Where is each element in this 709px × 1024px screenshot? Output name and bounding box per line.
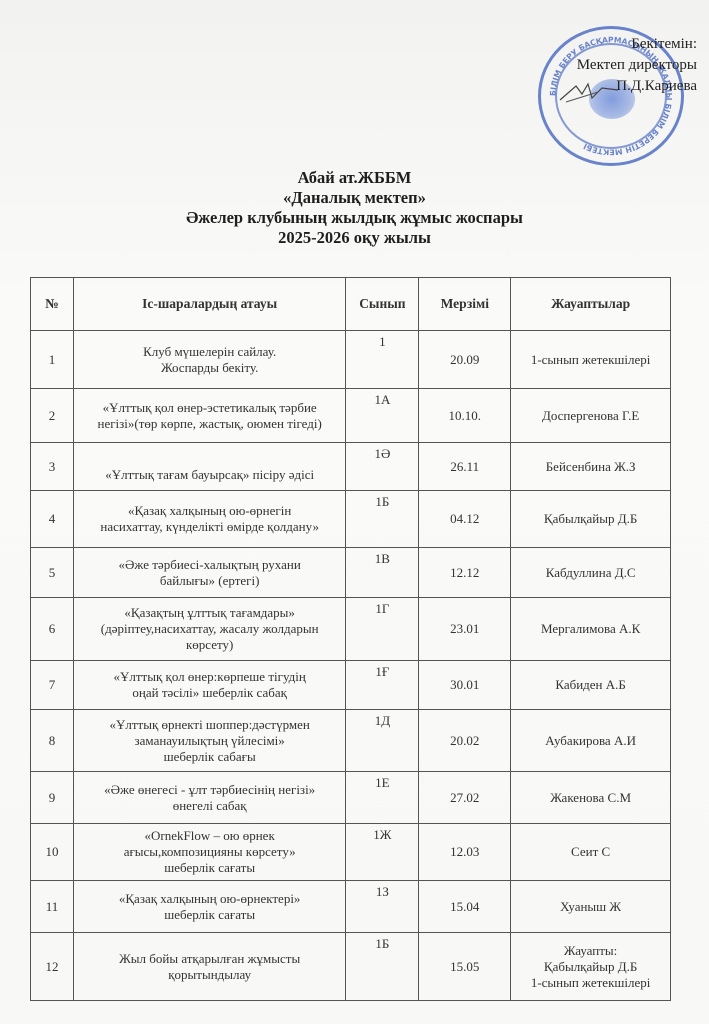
table-row: 3 «Ұлттық тағам бауырсақ» пісіру әдісі1Ә… <box>31 443 671 491</box>
class-cell: 1Г <box>346 598 419 661</box>
responsible-cell: Бейсенбина Ж.З <box>511 443 671 491</box>
class-cell: 1Б <box>346 491 419 548</box>
row-number: 3 <box>31 443 74 491</box>
approval-block: Бекітемін: Мектеп директоры П.Д.Кариева <box>577 34 697 97</box>
row-number: 4 <box>31 491 74 548</box>
table-row: 1Клуб мүшелерін сайлау. Жоспарды бекіту.… <box>31 331 671 389</box>
table-row: 8«Ұлттық өрнекті шоппер:дәстүрмен замана… <box>31 710 671 772</box>
class-cell: 1З <box>346 881 419 933</box>
event-name: «Әже тәрбиесі-халықтың рухани байлығы» (… <box>73 548 346 598</box>
header-date: Мерзімі <box>419 278 511 331</box>
academic-year: 2025-2026 оқу жылы <box>0 228 709 248</box>
class-cell: 1Е <box>346 772 419 824</box>
date-cell: 20.02 <box>419 710 511 772</box>
table-row: 4«Қазақ халқының ою-өрнегін насихаттау, … <box>31 491 671 548</box>
school-name: Абай ат.ЖББМ <box>0 168 709 188</box>
date-cell: 15.04 <box>419 881 511 933</box>
responsible-cell: Хуаныш Ж <box>511 881 671 933</box>
event-name: Клуб мүшелерін сайлау. Жоспарды бекіту. <box>73 331 346 389</box>
responsible-cell: Сеит С <box>511 824 671 881</box>
responsible-cell: Жауапты: Қабылқайыр Д.Б 1-сынып жетекшіл… <box>511 933 671 1001</box>
responsible-cell: Аубакирова А.И <box>511 710 671 772</box>
class-cell: 1Ғ <box>346 661 419 710</box>
responsible-cell: Қабылқайыр Д.Б <box>511 491 671 548</box>
event-name: «Ұлттық қол өнер-эстетикалық тәрбие негі… <box>73 389 346 443</box>
responsible-cell: Кабиден А.Б <box>511 661 671 710</box>
row-number: 6 <box>31 598 74 661</box>
date-cell: 10.10. <box>419 389 511 443</box>
event-name: «Қазақ халқының ою-өрнектері» шеберлік с… <box>73 881 346 933</box>
event-name: Жыл бойы атқарылған жұмысты қорытындылау <box>73 933 346 1001</box>
event-name: «Ұлттық қол өнер:көрпеше тігудің оңай тә… <box>73 661 346 710</box>
table-row: 12Жыл бойы атқарылған жұмысты қорытындыл… <box>31 933 671 1001</box>
row-number: 1 <box>31 331 74 389</box>
date-cell: 12.12 <box>419 548 511 598</box>
row-number: 11 <box>31 881 74 933</box>
table-row: 9«Әже өнегесі - ұлт тәрбиесінің негізі» … <box>31 772 671 824</box>
event-name: «Әже өнегесі - ұлт тәрбиесінің негізі» ө… <box>73 772 346 824</box>
date-cell: 12.03 <box>419 824 511 881</box>
date-cell: 26.11 <box>419 443 511 491</box>
class-cell: 1Ә <box>346 443 419 491</box>
event-name: «Ұлттық тағам бауырсақ» пісіру әдісі <box>73 443 346 491</box>
approval-name: П.Д.Кариева <box>577 76 697 97</box>
work-plan-table: № Іс-шаралардың атауы Сынып Мерзімі Жауа… <box>30 277 671 1001</box>
class-cell: 1 <box>346 331 419 389</box>
school-motto: «Даналық мектеп» <box>0 188 709 208</box>
responsible-cell: 1-сынып жетекшілері <box>511 331 671 389</box>
row-number: 7 <box>31 661 74 710</box>
document-title: Абай ат.ЖББМ «Даналық мектеп» Әжелер клу… <box>0 168 709 248</box>
responsible-cell: Доспергенова Г.Е <box>511 389 671 443</box>
row-number: 8 <box>31 710 74 772</box>
table-row: 11«Қазақ халқының ою-өрнектері» шеберлік… <box>31 881 671 933</box>
event-name: «OrnekFlow – ою өрнек ағысы,композицияны… <box>73 824 346 881</box>
date-cell: 23.01 <box>419 598 511 661</box>
row-number: 5 <box>31 548 74 598</box>
header-number: № <box>31 278 74 331</box>
class-cell: 1А <box>346 389 419 443</box>
date-cell: 20.09 <box>419 331 511 389</box>
table-header-row: № Іс-шаралардың атауы Сынып Мерзімі Жауа… <box>31 278 671 331</box>
class-cell: 1Б <box>346 933 419 1001</box>
event-name: «Қазақтың ұлттық тағамдары» (дәріптеу,на… <box>73 598 346 661</box>
responsible-cell: Мергалимова А.К <box>511 598 671 661</box>
row-number: 10 <box>31 824 74 881</box>
header-class: Сынып <box>346 278 419 331</box>
class-cell: 1Д <box>346 710 419 772</box>
approval-position: Мектеп директоры <box>577 55 697 76</box>
table-row: 7«Ұлттық қол өнер:көрпеше тігудің оңай т… <box>31 661 671 710</box>
table-row: 10«OrnekFlow – ою өрнек ағысы,композиция… <box>31 824 671 881</box>
class-cell: 1В <box>346 548 419 598</box>
plan-title: Әжелер клубының жылдық жұмыс жоспары <box>0 208 709 228</box>
event-name: «Ұлттық өрнекті шоппер:дәстүрмен заманау… <box>73 710 346 772</box>
table-row: 2«Ұлттық қол өнер-эстетикалық тәрбие нег… <box>31 389 671 443</box>
date-cell: 27.02 <box>419 772 511 824</box>
header-responsible: Жауаптылар <box>511 278 671 331</box>
responsible-cell: Жакенова С.М <box>511 772 671 824</box>
class-cell: 1Ж <box>346 824 419 881</box>
row-number: 2 <box>31 389 74 443</box>
date-cell: 30.01 <box>419 661 511 710</box>
date-cell: 04.12 <box>419 491 511 548</box>
row-number: 12 <box>31 933 74 1001</box>
event-name: «Қазақ халқының ою-өрнегін насихаттау, к… <box>73 491 346 548</box>
row-number: 9 <box>31 772 74 824</box>
responsible-cell: Кабдуллина Д.С <box>511 548 671 598</box>
approval-label: Бекітемін: <box>577 34 697 55</box>
table-row: 6«Қазақтың ұлттық тағамдары» (дәріптеу,н… <box>31 598 671 661</box>
header-event: Іс-шаралардың атауы <box>73 278 346 331</box>
table-row: 5«Әже тәрбиесі-халықтың рухани байлығы» … <box>31 548 671 598</box>
date-cell: 15.05 <box>419 933 511 1001</box>
